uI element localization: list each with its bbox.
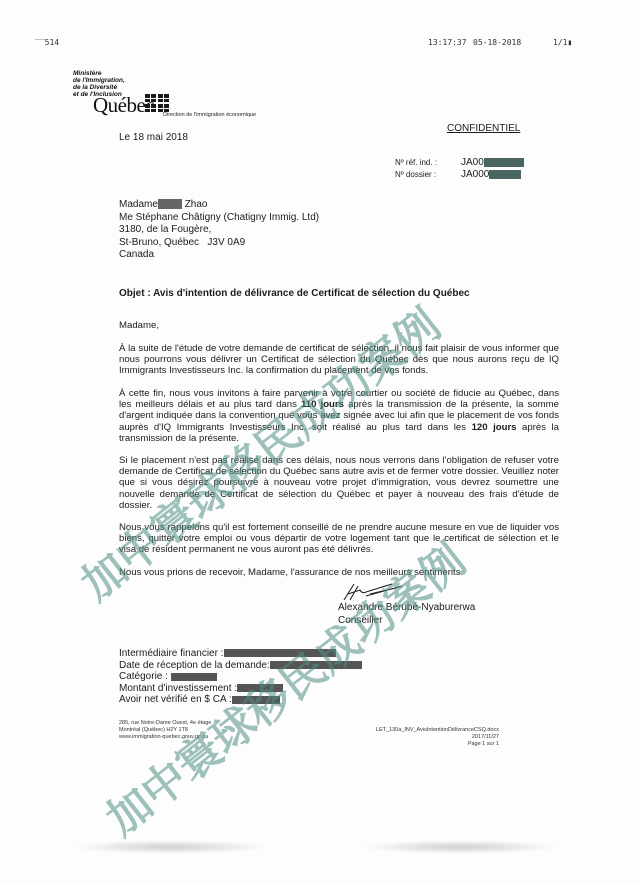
fax-time: 13:17:37 <box>428 38 467 47</box>
field-row: Montant d'investissement : <box>119 683 362 695</box>
address-line: 3180, de la Fougère, <box>119 224 319 237</box>
field-row: Avoir net vérifié en $ CA : <box>119 694 362 706</box>
field-row: Intermédiaire financier : <box>119 648 362 660</box>
ministry-line: Ministère <box>73 70 125 77</box>
redaction <box>224 649 336 657</box>
fax-sender-id: ‾‾514 <box>35 38 59 47</box>
document-info: LET_130a_INV_AvisIntentionDélivranceCSQ.… <box>367 727 499 748</box>
address-line: Me Stéphane Châtigny (Chatigny Immig. Lt… <box>119 212 319 225</box>
direction-name: Direction de l'immigration économique <box>163 112 256 118</box>
letter-date: Le 18 mai 2018 <box>119 132 188 143</box>
application-fields: Intermédiaire financier : Date de récept… <box>119 648 362 706</box>
watermark-upper: 加中寰球移民成功案例 <box>65 291 451 612</box>
signatory: Alexandre Bérubé-Nyaburerwa Conseiller <box>338 602 475 627</box>
redaction <box>232 696 280 704</box>
ministry-line: de la Diversité <box>73 84 125 91</box>
field-row: Date de réception de la demande: <box>119 660 362 672</box>
redaction <box>484 158 524 167</box>
redaction <box>171 673 217 681</box>
greeting: Madame, <box>119 320 559 331</box>
quebec-flag-icon <box>145 94 169 112</box>
signature-scribble <box>340 580 420 604</box>
reference-dossier: Nº dossier : JA000 <box>395 170 436 179</box>
fax-page: 1/1▮ <box>553 38 572 47</box>
signatory-title: Conseiller <box>338 615 475 628</box>
footer-line: 285, rue Notre-Dame Ouest, 4e étage <box>119 720 211 727</box>
paragraph-5: Nous vous prions de recevoir, Madame, l'… <box>119 567 559 578</box>
paragraph-2: À cette fin, nous vous invitons à faire … <box>119 388 559 444</box>
reference-label: Nº dossier : <box>395 170 436 179</box>
redaction <box>158 199 182 209</box>
document-filename: LET_130a_INV_AvisIntentionDélivranceCSQ.… <box>367 727 499 734</box>
address-line: Canada <box>119 249 319 262</box>
address-line: St-Bruno, Québec J3V 0A9 <box>119 237 319 250</box>
ministry-line: de l'Immigration, <box>73 77 125 84</box>
footer-line: Montréal (Québec) H2Y 1T8 <box>119 727 211 734</box>
reference-individual: Nº réf. ind. : JA00 <box>395 158 437 167</box>
paragraph-1: À la suite de l'étude de votre demande d… <box>119 343 559 377</box>
page-shadow <box>70 840 270 854</box>
page-number: Page 1 sur 1 <box>367 741 499 748</box>
paragraph-3: Si le placement n'est pas réalisé dans c… <box>119 455 559 511</box>
field-row: Catégorie : <box>119 671 362 683</box>
footer-website: www.immigration-quebec.gouv.qc.ca <box>119 734 211 741</box>
redaction <box>237 684 283 692</box>
document-date: 2017/11/27 <box>367 734 499 741</box>
redaction <box>489 170 521 179</box>
reference-value: JA000 <box>461 169 521 180</box>
confidential-label: CONFIDENTIEL <box>447 123 520 134</box>
reference-value: JA00 <box>461 157 524 168</box>
recipient-address: Madame Zhao Me Stéphane Châtigny (Chatig… <box>119 199 319 262</box>
ministry-address: 285, rue Notre-Dame Ouest, 4e étage Mont… <box>119 720 211 741</box>
signatory-name: Alexandre Bérubé-Nyaburerwa <box>338 602 475 615</box>
page-shadow <box>360 840 560 854</box>
paragraph-4: Nous vous rappelons qu'il est fortement … <box>119 522 559 556</box>
redaction <box>270 661 362 669</box>
reference-label: Nº réf. ind. : <box>395 158 437 167</box>
fax-date: 05-18-2018 <box>473 38 521 47</box>
subject-line: Objet : Avis d'intention de délivrance d… <box>119 288 470 299</box>
recipient-name: Madame Zhao <box>119 199 319 212</box>
